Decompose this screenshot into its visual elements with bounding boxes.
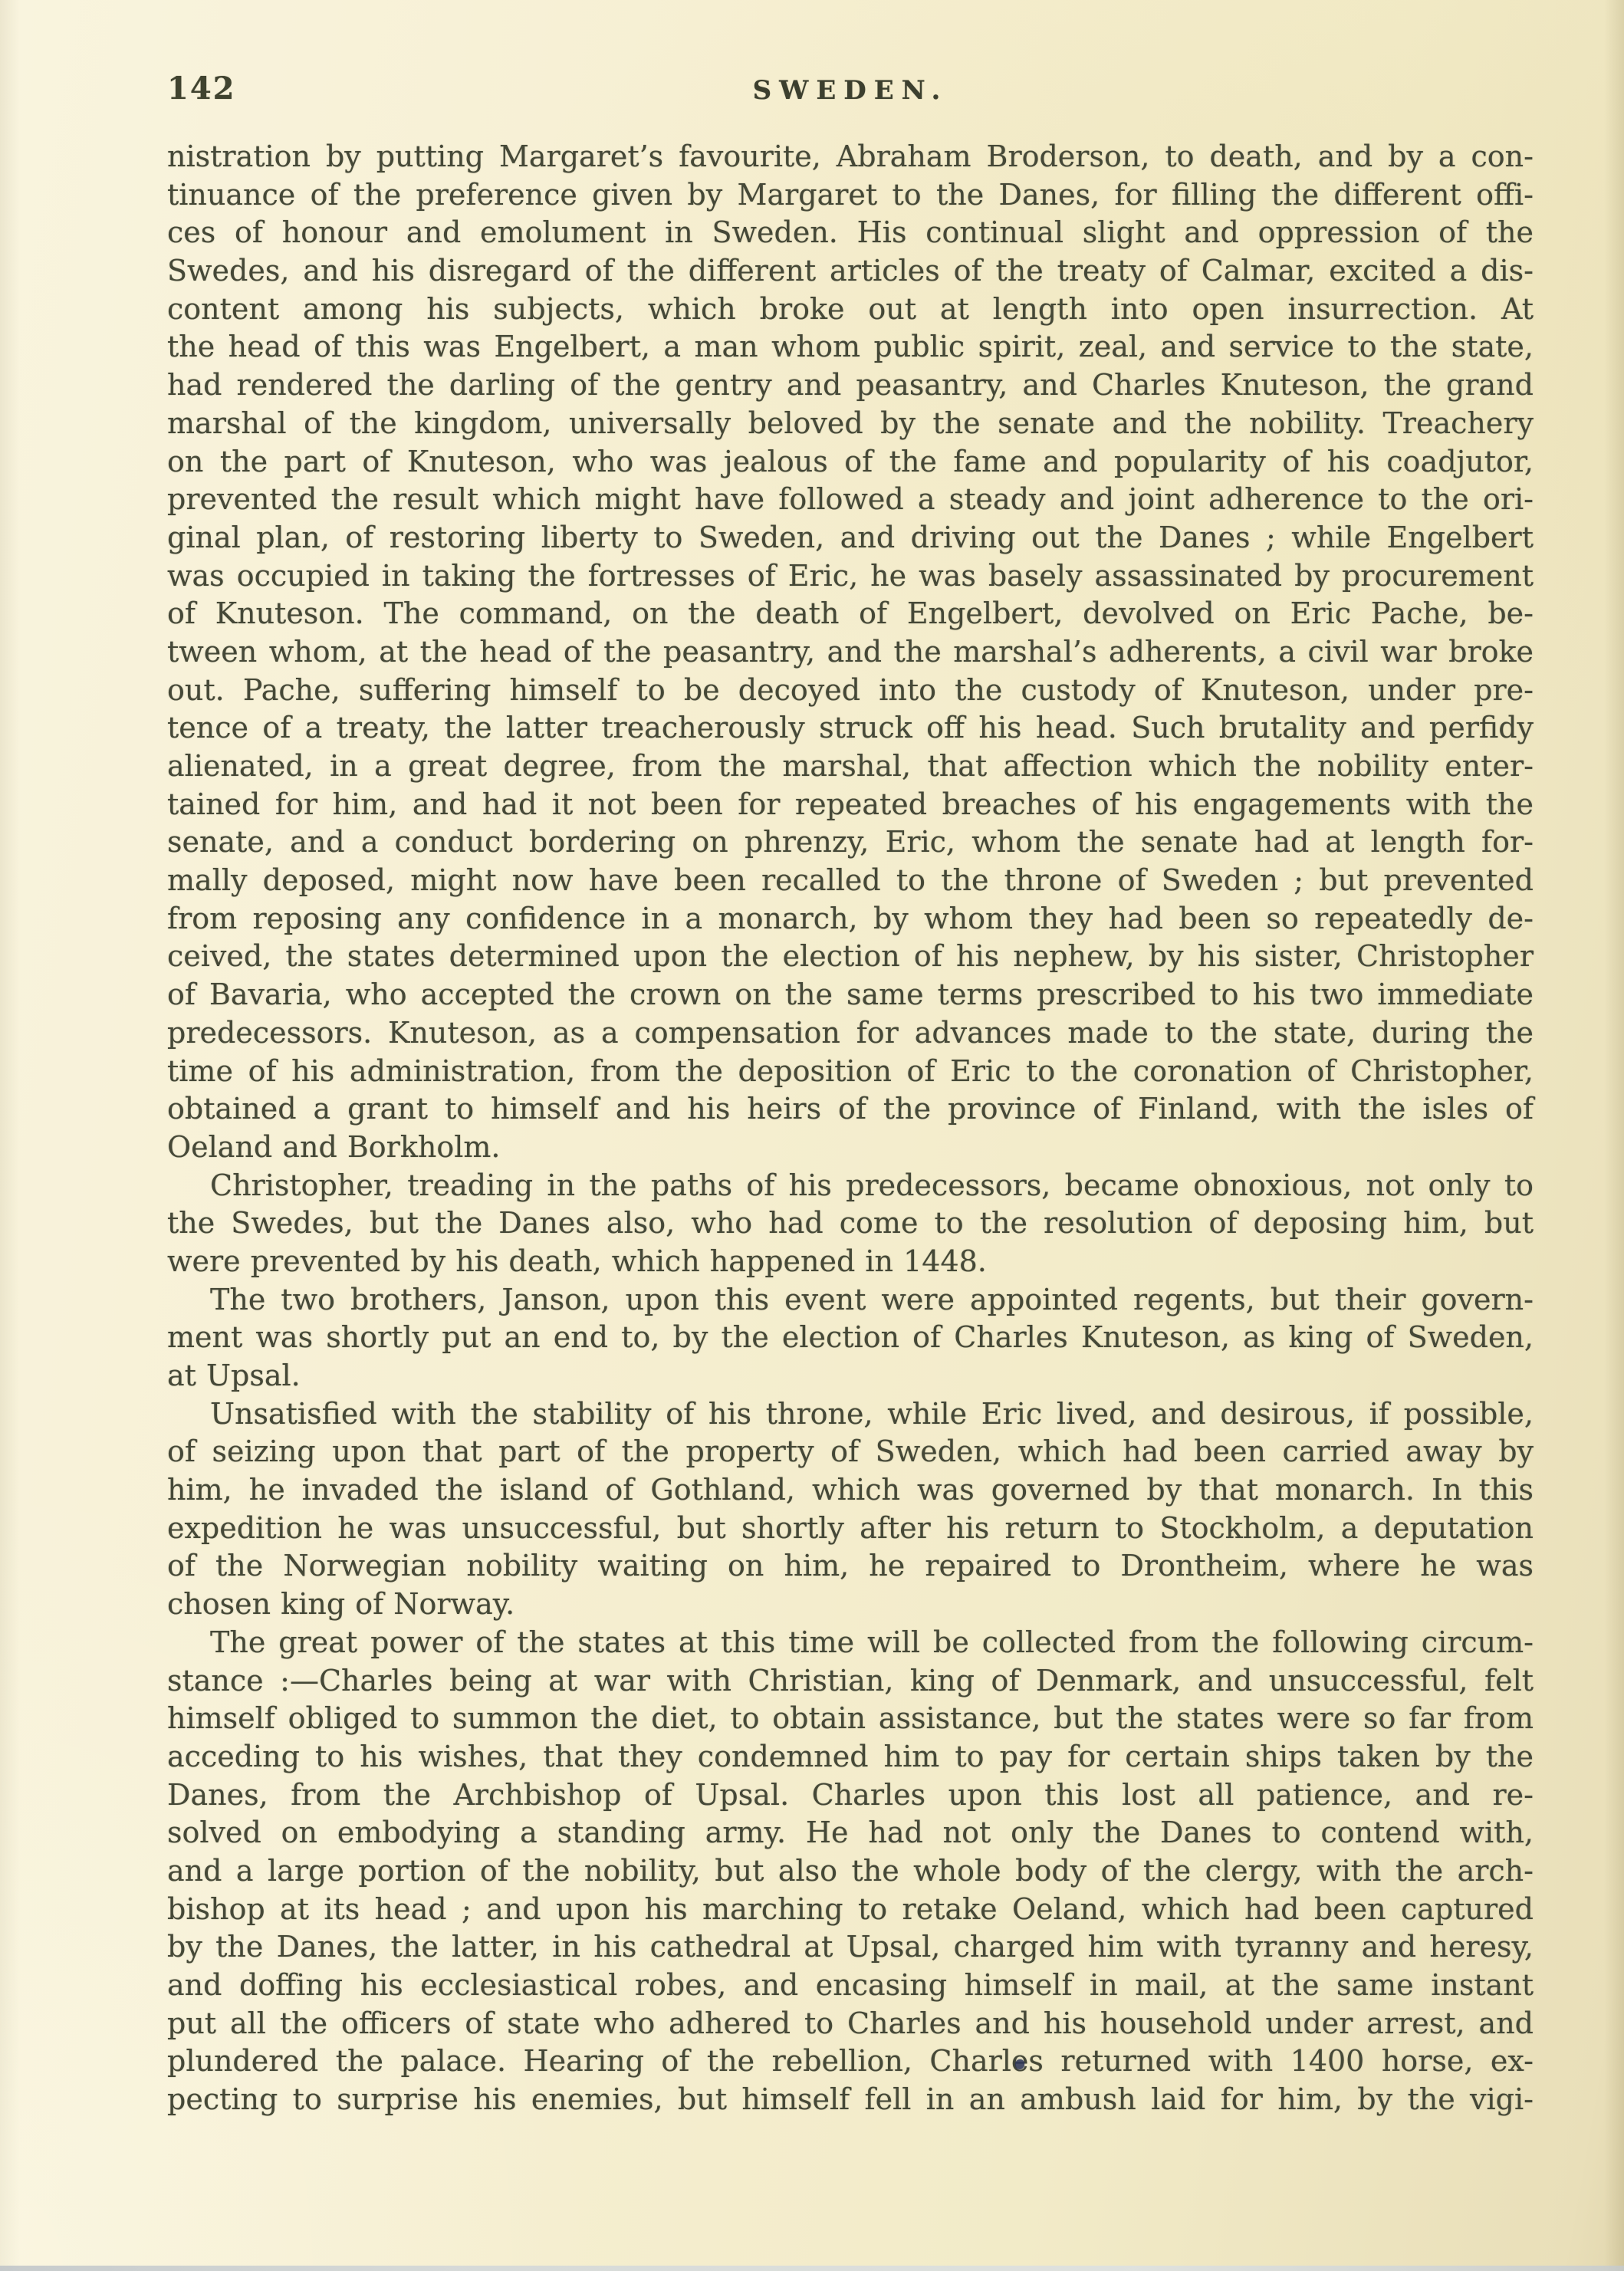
ink-blot [1015, 2059, 1024, 2069]
text-line: chosen king of Norway. [167, 1586, 1534, 1624]
paragraph: Christopher, treading in the paths of hi… [167, 1167, 1534, 1281]
scan-bottom-edge [0, 2266, 1624, 2271]
text-line: alienated, in a great degree, from the m… [167, 748, 1534, 786]
text-line: the head of this was Engelbert, a man wh… [167, 328, 1534, 366]
text-line: out. Pache, suffering himself to be deco… [167, 672, 1534, 710]
text-line: ment was shortly put an end to, by the e… [167, 1319, 1534, 1357]
text-line: was occupied in taking the fortresses of… [167, 557, 1534, 596]
page-header: 142 SWEDEN. [167, 69, 1534, 109]
text-line: bishop at its head ; and upon his marchi… [167, 1891, 1534, 1929]
text-line: the Swedes, but the Danes also, who had … [167, 1205, 1534, 1243]
text-line: ginal plan, of restoring liberty to Swed… [167, 519, 1534, 557]
text-line: solved on embodying a standing army. He … [167, 1814, 1534, 1852]
text-line: Christopher, treading in the paths of hi… [167, 1167, 1534, 1205]
text-line: him, he invaded the island of Gothland, … [167, 1471, 1534, 1510]
text-line: expedition he was unsuccessful, but shor… [167, 1510, 1534, 1548]
paragraph: nistration by putting Margaret’s favouri… [167, 138, 1534, 1167]
text-line: Unsatisfied with the stability of his th… [167, 1395, 1534, 1434]
paragraph: Unsatisfied with the stability of his th… [167, 1395, 1534, 1624]
text-line: Danes, from the Archbishop of Upsal. Cha… [167, 1776, 1534, 1815]
text-line: content among his subjects, which broke … [167, 291, 1534, 329]
text-line: ceived, the states determined upon the e… [167, 938, 1534, 976]
text-line: prevented the result which might have fo… [167, 481, 1534, 519]
text-line: and doffing his ecclesiastical robes, an… [167, 1967, 1534, 2005]
text-line: Oeland and Borkholm. [167, 1129, 1534, 1167]
text-line: tence of a treaty, the latter treacherou… [167, 709, 1534, 748]
page-number: 142 [167, 71, 236, 107]
text-line: senate, and a conduct bordering on phren… [167, 823, 1534, 862]
text-line: ces of honour and emolument in Sweden. H… [167, 214, 1534, 252]
text-line: had rendered the darling of the gentry a… [167, 366, 1534, 405]
text-line: acceding to his wishes, that they condem… [167, 1738, 1534, 1776]
text-line: tained for him, and had it not been for … [167, 786, 1534, 824]
text-line: tween whom, at the head of the peasantry… [167, 633, 1534, 672]
text-line: plundered the palace. Hearing of the reb… [167, 2043, 1534, 2081]
text-line: obtained a grant to himself and his heir… [167, 1090, 1534, 1129]
text-line: nistration by putting Margaret’s favouri… [167, 138, 1534, 176]
text-line: time of his administration, from the dep… [167, 1053, 1534, 1091]
text-line: and a large portion of the nobility, but… [167, 1852, 1534, 1891]
text-line: The great power of the states at this ti… [167, 1624, 1534, 1662]
text-line: tinuance of the preference given by Marg… [167, 176, 1534, 215]
text-line: put all the officers of state who adhere… [167, 2005, 1534, 2043]
text-line: by the Danes, the latter, in his cathedr… [167, 1928, 1534, 1967]
text-line: of seizing upon that part of the propert… [167, 1433, 1534, 1471]
paragraph: The two brothers, Janson, upon this even… [167, 1281, 1534, 1395]
text-line: The two brothers, Janson, upon this even… [167, 1281, 1534, 1320]
text-line: on the part of Knuteson, who was jealous… [167, 443, 1534, 481]
text-line: predecessors. Knuteson, as a compensatio… [167, 1014, 1534, 1053]
text-line: stance :—Charles being at war with Chris… [167, 1662, 1534, 1701]
text-line: of Bavaria, who accepted the crown on th… [167, 976, 1534, 1014]
text-line: of Knuteson. The command, on the death o… [167, 595, 1534, 633]
running-header: SWEDEN. [167, 69, 1534, 106]
text-line: of the Norwegian nobility waiting on him… [167, 1547, 1534, 1586]
text-line: himself obliged to summon the diet, to o… [167, 1700, 1534, 1738]
text-line: at Upsal. [167, 1357, 1534, 1395]
book-page: 142 SWEDEN. nistration by putting Margar… [0, 0, 1624, 2271]
page-edge-shading [1604, 0, 1624, 2271]
text-line: were prevented by his death, which happe… [167, 1243, 1534, 1281]
text-line: from reposing any confidence in a monarc… [167, 900, 1534, 938]
text-line: marshal of the kingdom, universally belo… [167, 405, 1534, 443]
paragraph: The great power of the states at this ti… [167, 1624, 1534, 2119]
text-line: pecting to surprise his enemies, but him… [167, 2081, 1534, 2119]
text-line: Swedes, and his disregard of the differe… [167, 252, 1534, 291]
body-text: nistration by putting Margaret’s favouri… [167, 138, 1534, 2119]
text-line: mally deposed, might now have been recal… [167, 862, 1534, 900]
